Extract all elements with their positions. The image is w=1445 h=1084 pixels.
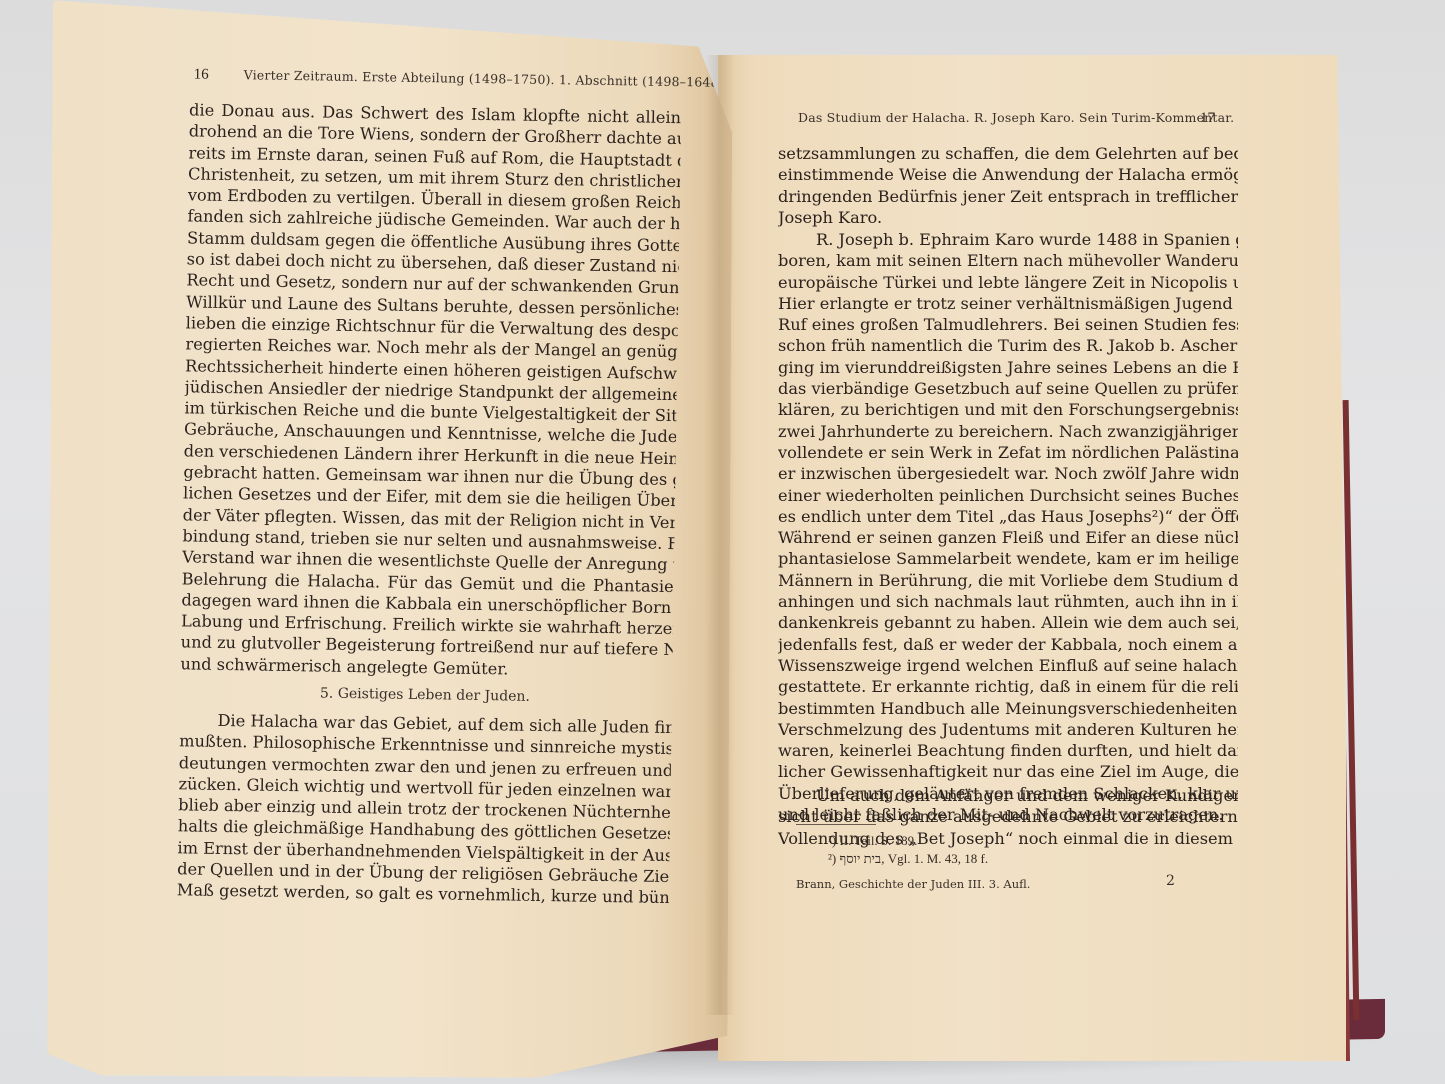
text-line: Männern in Berührung, die mit Vorliebe d… [778, 570, 1238, 591]
text-line: Um auch dem Anfänger und dem weniger Kun… [778, 785, 1238, 806]
text-line: Ruf eines großen Talmudlehrers. Bei sein… [778, 314, 1238, 335]
text-line: ging im vierunddreißigsten Jahre seines … [778, 357, 1238, 378]
text-line: phantasielose Sammelarbeit wendete, kam … [778, 548, 1238, 569]
text-line: Verschmelzung des Judentums mit anderen … [778, 719, 1238, 740]
footnote-2: ²) בית יוסף, Vgl. 1. M. 43, 18 f. [828, 851, 988, 867]
text-line: Hier erlangte er trotz seiner verhältnis… [778, 293, 1238, 314]
right-paragraph-2: R. Joseph b. Ephraim Karo wurde 1488 in … [778, 229, 1238, 825]
text-line: er inzwischen übergesiedelt war. Noch zw… [778, 463, 1238, 484]
text-line: dringenden Bedürfnis jener Zeit entsprac… [778, 186, 1238, 207]
left-running-head: Vierter Zeitraum. Erste Abteilung (1498–… [244, 67, 729, 90]
signature-mark: 2 [1166, 873, 1175, 889]
right-page: Das Studium der Halacha. R. Joseph Karo.… [718, 55, 1350, 1061]
footnote-1: ¹) II. Teil. S. 189. [828, 833, 917, 849]
text-line: R. Joseph b. Ephraim Karo wurde 1488 in … [778, 229, 1238, 250]
book-spine-shadow [705, 55, 735, 1015]
footnote-rule [796, 824, 876, 825]
left-page-number: 16 [194, 66, 209, 83]
right-page-number: 17 [1200, 110, 1215, 127]
left-page: 16 Vierter Zeitraum. Erste Abteilung (14… [47, 0, 733, 1079]
text-line: Wissenszweige irgend welchen Einfluß auf… [778, 655, 1238, 676]
text-line: bestimmten Handbuch alle Meinungsverschi… [778, 698, 1238, 719]
text-line: Während er seinen ganzen Fleiß und Eifer… [778, 527, 1238, 548]
text-line: anhingen und sich nachmals laut rühmten,… [778, 591, 1238, 612]
text-line: Joseph Karo. [778, 207, 1238, 228]
text-line: europäische Türkei und lebte längere Zei… [778, 272, 1238, 293]
text-line: schon früh namentlich die Turim des R. J… [778, 335, 1238, 356]
text-line: waren, keinerlei Beachtung finden durfte… [778, 740, 1238, 761]
section-heading: 5. Geistiges Leben der Juden. [320, 686, 530, 705]
text-line: jedenfalls fest, daß er weder der Kabbal… [778, 634, 1238, 655]
left-paragraph-2: Die Halacha war das Gebiet, auf dem sich… [177, 709, 672, 908]
text-line: zwei Jahrhunderte zu bereichern. Nach zw… [778, 421, 1238, 442]
text-line: einer wiederholten peinlichen Durchsicht… [778, 485, 1238, 506]
right-running-head: Das Studium der Halacha. R. Joseph Karo.… [798, 110, 1234, 125]
text-line: gestattete. Er erkannte richtig, daß in … [778, 676, 1238, 697]
text-line: vollendete er sein Werk in Zefat im nörd… [778, 442, 1238, 463]
text-line: dankenkreis gebannt zu haben. Allein wie… [778, 612, 1238, 633]
text-line: boren, kam mit seinen Eltern nach mühevo… [778, 250, 1238, 271]
left-paragraph-1: die Donau aus. Das Schwert des Islam klo… [180, 99, 681, 682]
text-line: klären, zu berichtigen und mit den Forsc… [778, 399, 1238, 420]
signature-line: Brann, Geschichte der Juden III. 3. Aufl… [796, 877, 1030, 891]
text-line: es endlich unter dem Titel „das Haus Jos… [778, 506, 1238, 527]
right-paragraph-1: setzsammlungen zu schaffen, die dem Gele… [778, 143, 1238, 228]
text-line: das vierbändige Gesetzbuch auf seine Que… [778, 378, 1238, 399]
text-line: licher Gewissenhaftigkeit nur das eine Z… [778, 761, 1238, 782]
text-line: einstimmende Weise die Anwendung der Hal… [778, 164, 1238, 185]
text-line: setzsammlungen zu schaffen, die dem Gele… [778, 143, 1238, 164]
